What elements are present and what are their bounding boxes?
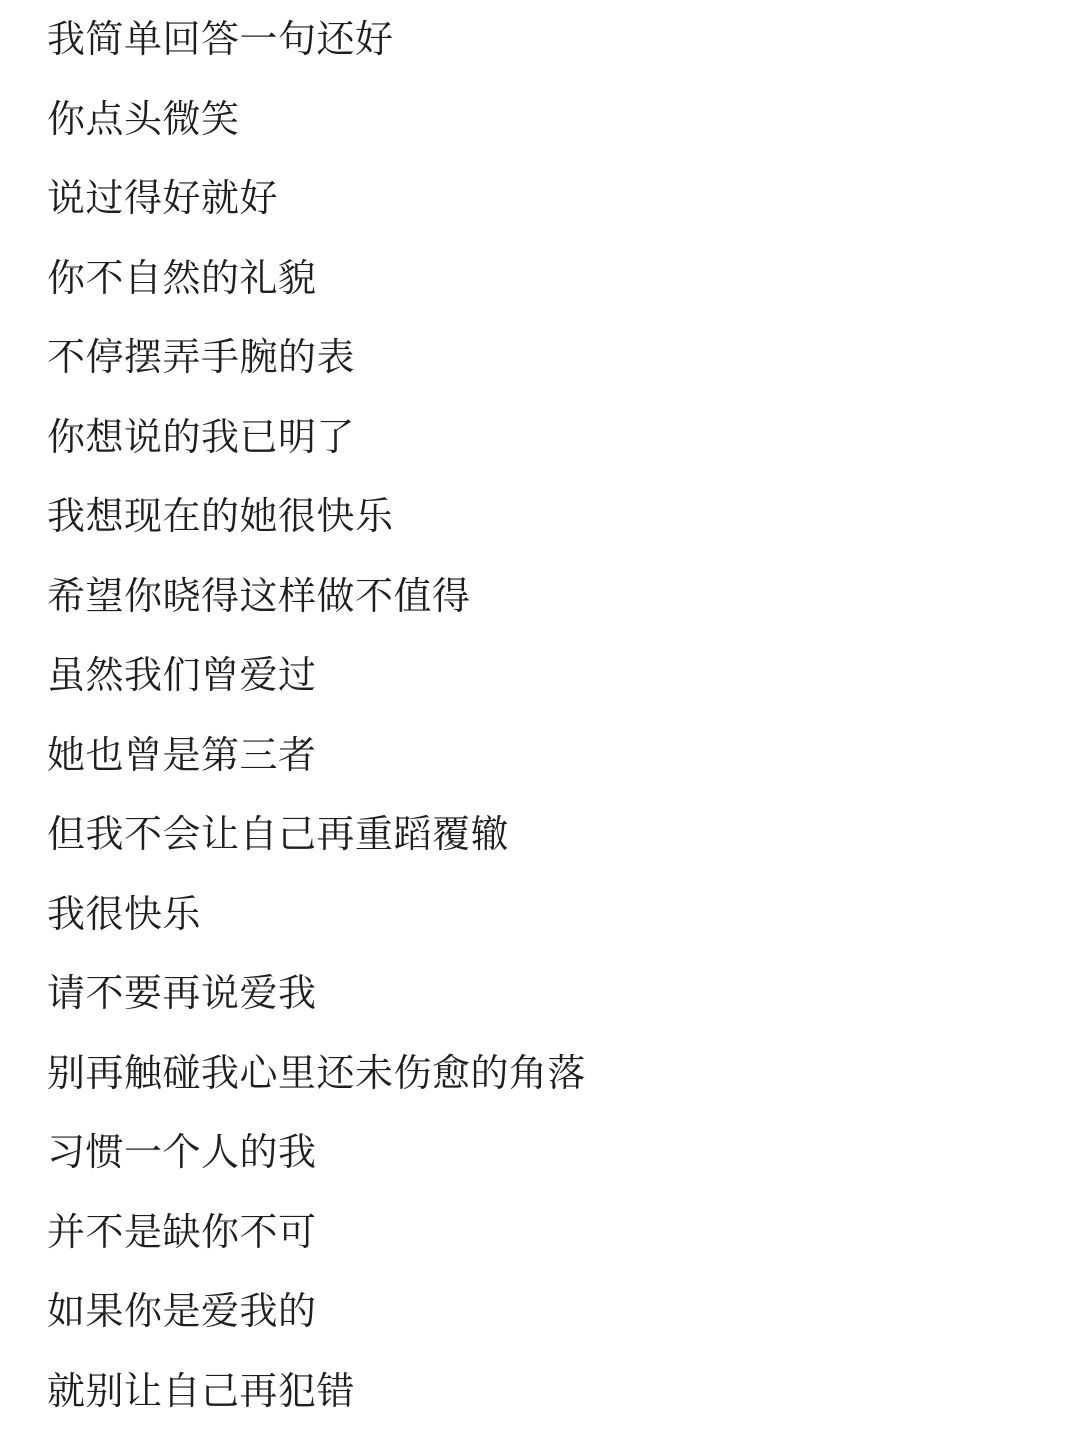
lyric-line: 别再触碰我心里还未伤愈的角落 xyxy=(47,1034,586,1114)
lyric-line: 如果你是爱我的 xyxy=(47,1272,586,1352)
lyric-line: 你不自然的礼貌 xyxy=(47,239,586,319)
lyric-line: 她也曾是第三者 xyxy=(47,716,586,796)
lyrics-text-block: 我简单回答一句还好 你点头微笑 说过得好就好 你不自然的礼貌 不停摆弄手腕的表 … xyxy=(47,0,586,1431)
lyric-line: 就别让自己再犯错 xyxy=(47,1352,586,1432)
lyric-line: 希望你晓得这样做不值得 xyxy=(47,557,586,637)
lyric-line: 我简单回答一句还好 xyxy=(47,0,586,80)
lyric-line: 虽然我们曾爱过 xyxy=(47,636,586,716)
lyric-line: 你点头微笑 xyxy=(47,80,586,160)
lyric-line: 我很快乐 xyxy=(47,875,586,955)
lyric-line: 我想现在的她很快乐 xyxy=(47,477,586,557)
lyric-line: 说过得好就好 xyxy=(47,159,586,239)
lyric-line: 但我不会让自己再重蹈覆辙 xyxy=(47,795,586,875)
lyric-line: 并不是缺你不可 xyxy=(47,1193,586,1273)
lyric-line: 你想说的我已明了 xyxy=(47,398,586,478)
lyric-line: 习惯一个人的我 xyxy=(47,1113,586,1193)
lyric-line: 不停摆弄手腕的表 xyxy=(47,318,586,398)
lyric-line: 请不要再说爱我 xyxy=(47,954,586,1034)
